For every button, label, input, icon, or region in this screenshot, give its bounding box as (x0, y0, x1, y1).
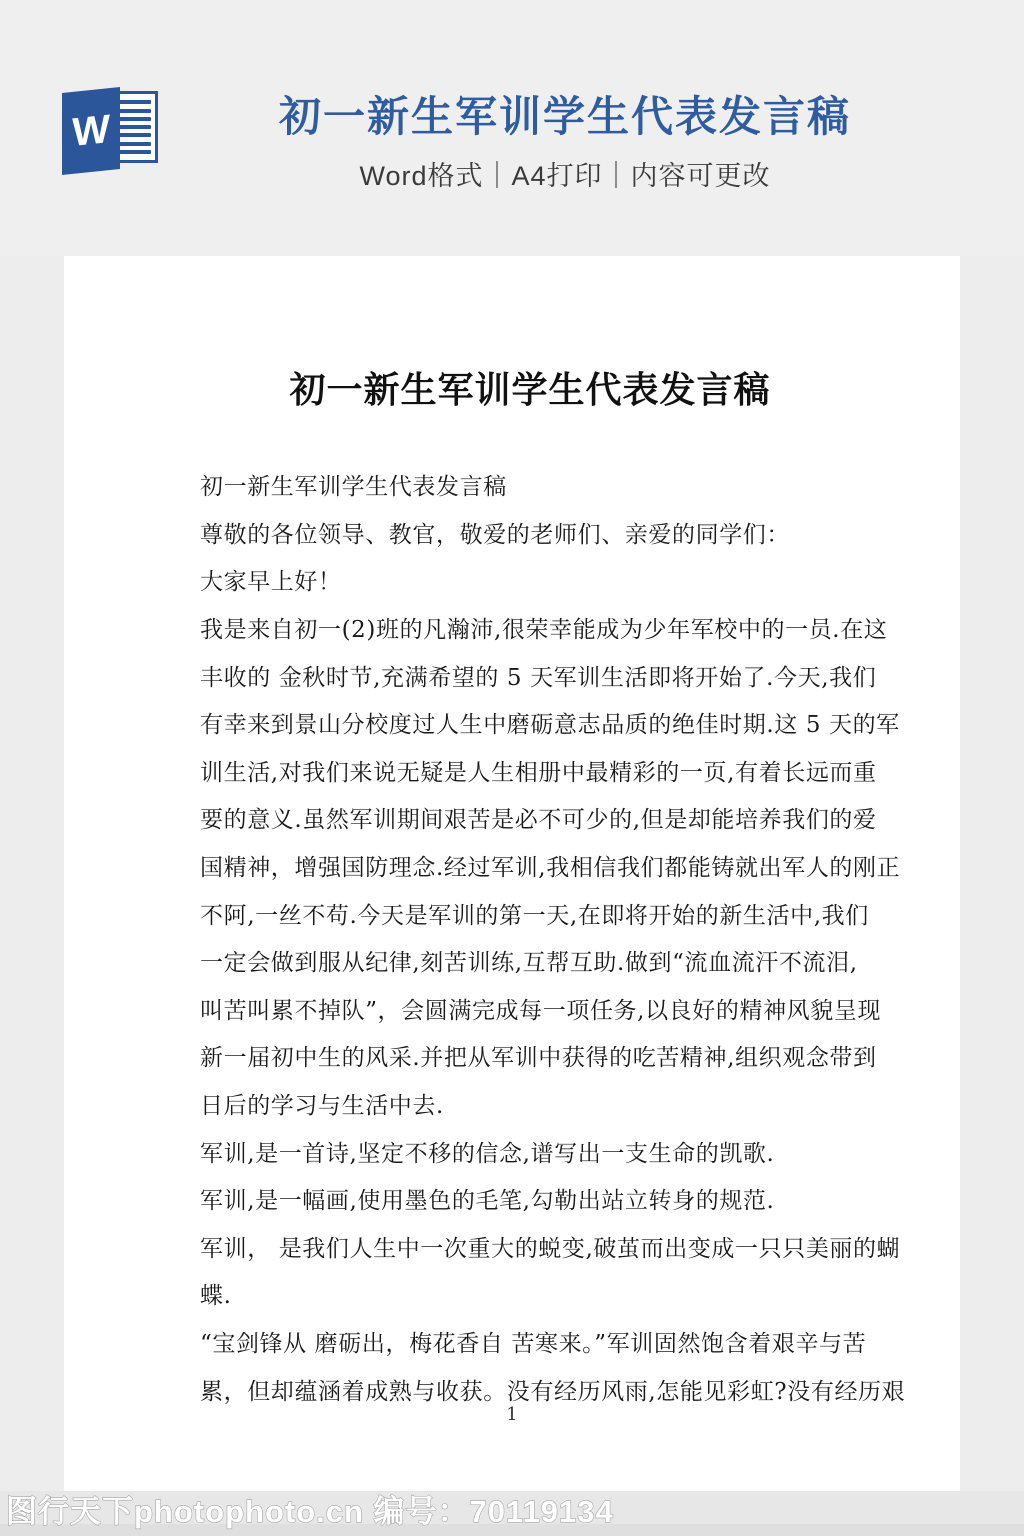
doc-line: 不阿,一丝不苟.今天是军训的第一天,在即将开始的新生活中,我们 (200, 889, 865, 937)
word-icon-w-letter: W (62, 87, 120, 175)
doc-line: 军训， 是我们人生中一次重大的蜕变,破茧而出变成一只只美丽的蝴 (200, 1223, 865, 1271)
doc-line: 军训,是一幅画,使用墨色的毛笔,勾勒出站立转身的规范. (200, 1175, 865, 1223)
doc-line: 新一届初中生的风采.并把从军训中获得的吃苦精神,组织观念带到 (200, 1032, 865, 1080)
document-title: 初一新生军训学生代表发言稿 (200, 360, 860, 420)
doc-line: 丰收的 金秋时节,充满希望的 5 天军训生活即将开始了.今天,我们 (200, 651, 865, 699)
doc-body: 初一新生军训学生代表发言稿尊敬的各位领导、教官，敬爱的老师们、亲爱的同学们：大家… (200, 461, 865, 1413)
doc-line: 我是来自初一(2)班的凡瀚沛,很荣幸能成为少年军校中的一员.在这 (200, 604, 865, 652)
doc-line: 有幸来到景山分校度过人生中磨砺意志品质的绝佳时期.这 5 天的军 (200, 699, 865, 747)
header-text-block: 初一新生军训学生代表发言稿 Word格式｜A4打印｜内容可更改 (170, 92, 960, 193)
doc-line: 叫苦叫累不掉队”，会圆满完成每一项任务,以良好的精神风貌呈现 (200, 985, 865, 1033)
document-page: 初一新生军训学生代表发言稿 初一新生军训学生代表发言稿尊敬的各位领导、教官，敬爱… (64, 256, 960, 1517)
word-file-icon: W (62, 84, 160, 172)
doc-line: 初一新生军训学生代表发言稿 (200, 461, 865, 509)
preview-header: W 初一新生军训学生代表发言稿 Word格式｜A4打印｜内容可更改 (0, 0, 1024, 256)
page-number: 1 (64, 1404, 960, 1432)
template-title: 初一新生军训学生代表发言稿 (170, 92, 960, 142)
doc-line: 一定会做到服从纪律,刻苦训练,互帮互助.做到“流血流汗不流泪, (200, 937, 865, 985)
doc-line: 国精神，增强国防理念.经过军训,我相信我们都能铸就出军人的刚正 (200, 842, 865, 890)
doc-line: 军训,是一首诗,坚定不移的信念,谱写出一支生命的凯歌. (200, 1127, 865, 1175)
doc-line: 要的意义.虽然军训期间艰苦是必不可少的,但是却能培养我们的爱 (200, 794, 865, 842)
doc-line: 训生活,对我们来说无疑是人生相册中最精彩的一页,有着长远而重 (200, 747, 865, 795)
watermark-text: 图行天下photophoto.cn 编号：70119134 (6, 1492, 614, 1532)
template-subtitle: Word格式｜A4打印｜内容可更改 (170, 154, 960, 193)
doc-line: 日后的学习与生活中去. (200, 1080, 865, 1128)
doc-line: 蝶. (200, 1270, 865, 1318)
doc-line: 大家早上好！ (200, 556, 865, 604)
doc-line: 尊敬的各位领导、教官，敬爱的老师们、亲爱的同学们： (200, 509, 865, 557)
footer-bar: 图行天下photophoto.cn 编号：70119134 (0, 1491, 1024, 1536)
doc-line: “宝剑锋从 磨砺出，梅花香自 苦寒来。”军训固然饱含着艰辛与苦 (200, 1318, 865, 1366)
